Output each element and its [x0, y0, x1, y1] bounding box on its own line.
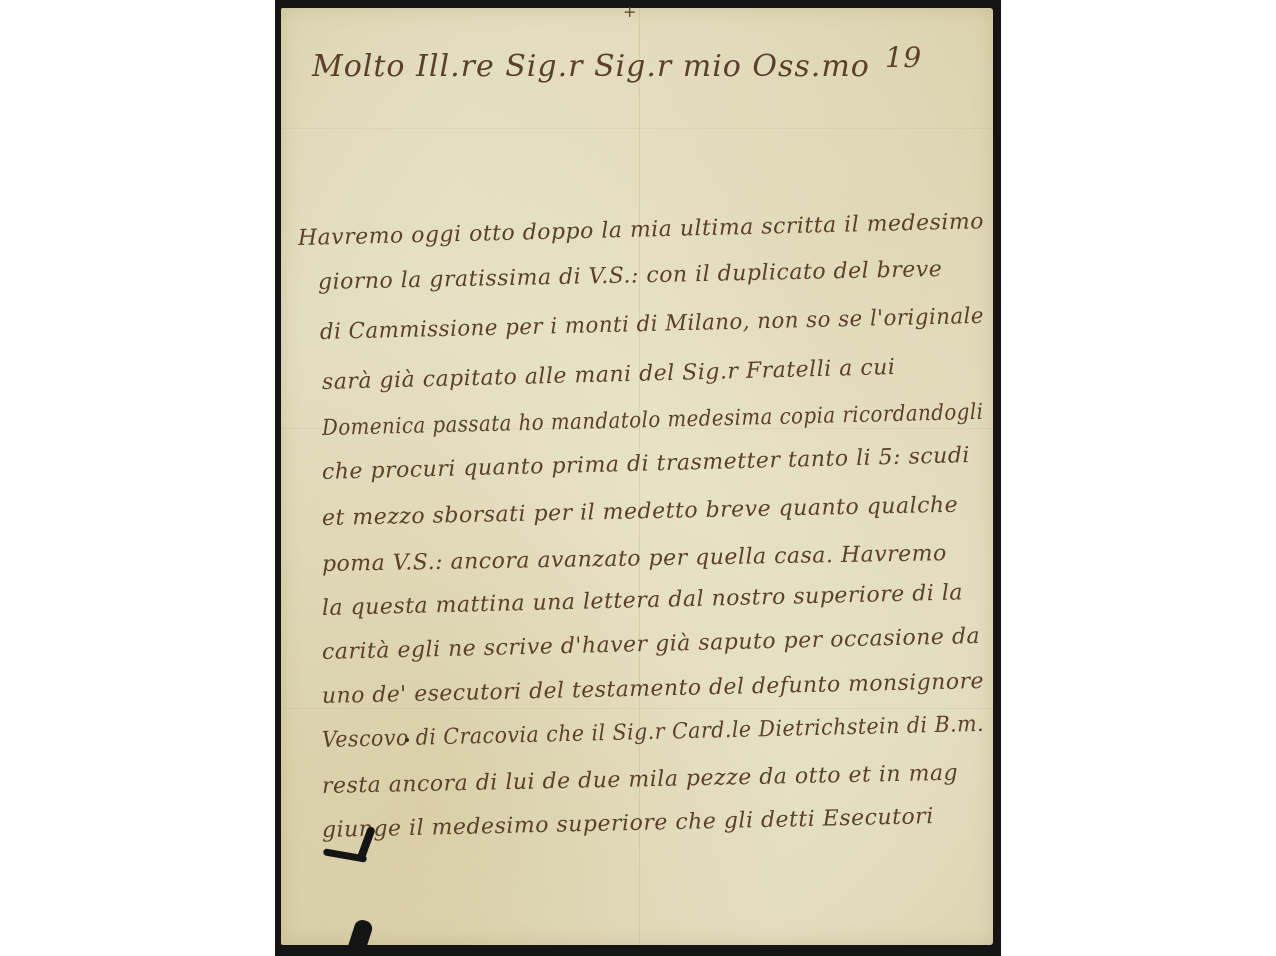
- ink-dot: [405, 738, 409, 742]
- ink-bleed-line: [281, 708, 993, 709]
- viewer-stage: + Molto Ill.re Sig.r Sig.r mio Oss.mo 19…: [0, 0, 1276, 956]
- salutation: Molto Ill.re Sig.r Sig.r mio Oss.mo: [312, 52, 870, 82]
- cross-mark: +: [623, 4, 637, 20]
- folio-number: 19: [885, 44, 922, 72]
- ink-bleed-line: [281, 128, 993, 129]
